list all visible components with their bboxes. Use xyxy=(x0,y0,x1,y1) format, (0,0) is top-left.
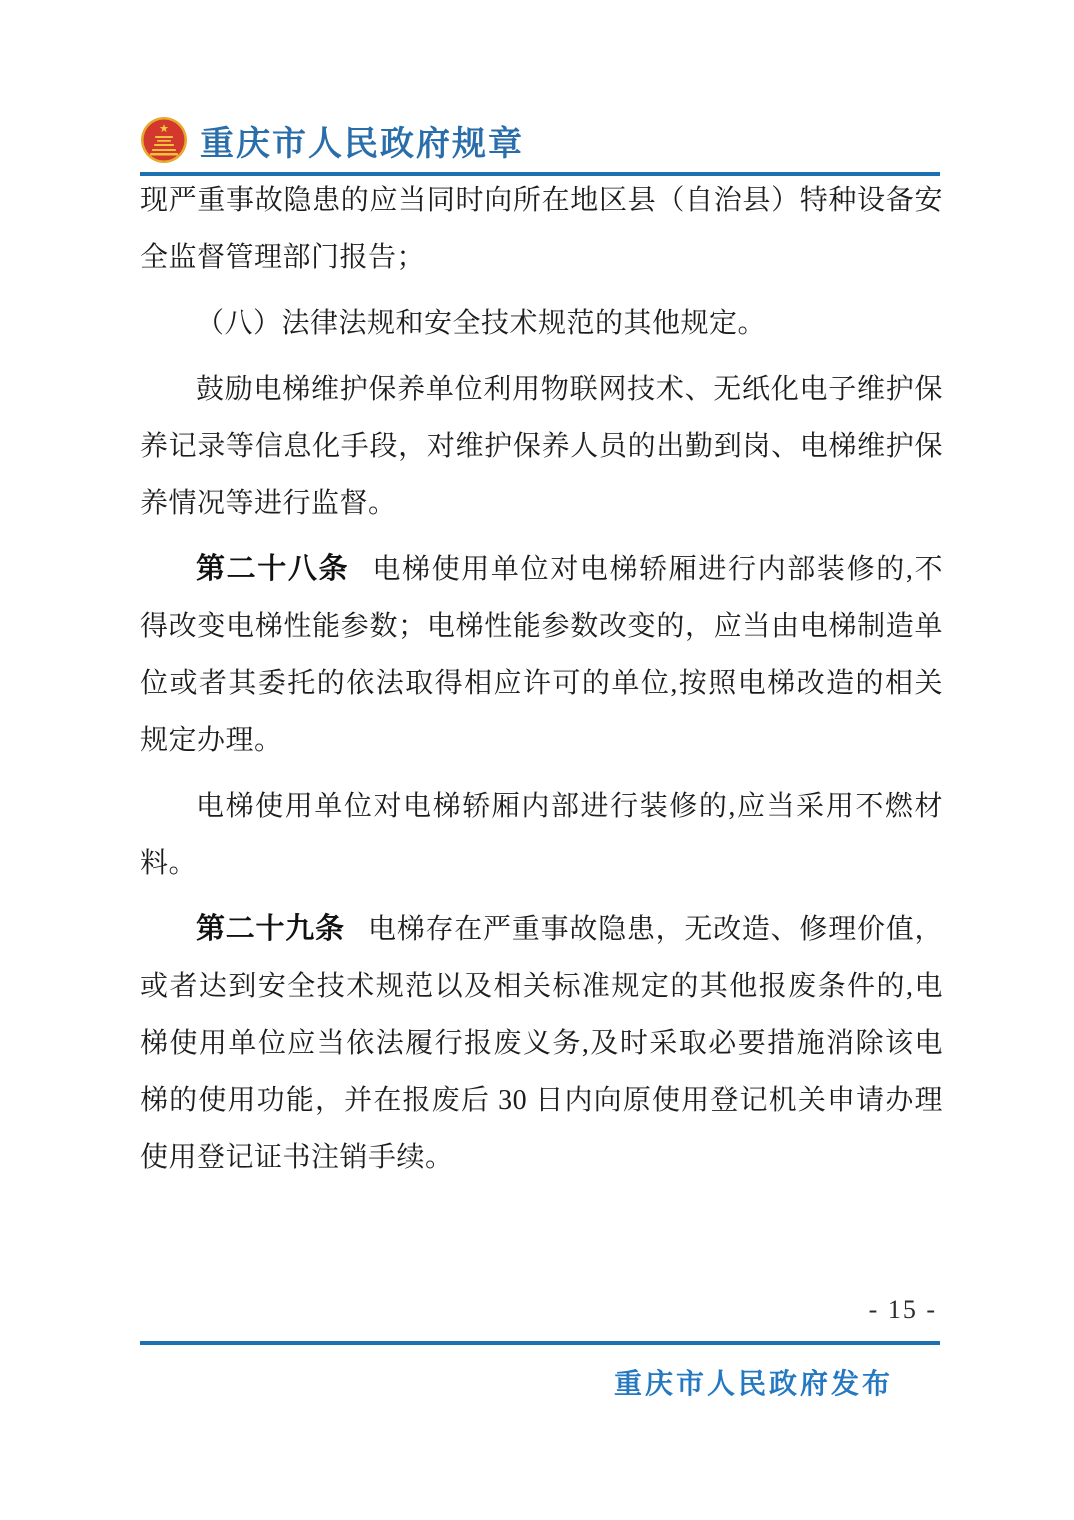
document-page: 重庆市人民政府规章 现严重事故隐患的应当同时向所在地区县（自治县）特种设备安全监… xyxy=(0,0,1074,1520)
document-body: 现严重事故隐患的应当同时向所在地区县（自治县）特种设备安全监督管理部门报告； （… xyxy=(140,172,943,1195)
paragraph-text: 电梯使用单位对电梯轿厢内部进行装修的,应当采用不燃材料。 xyxy=(140,791,943,879)
publisher-line: 重庆市人民政府发布 xyxy=(614,1362,893,1402)
document-header: 重庆市人民政府规章 xyxy=(140,113,940,167)
footer-divider xyxy=(140,1341,940,1345)
paragraph-text: 鼓励电梯维护保养单位利用物联网技术、无纸化电子维护保养记录等信息化手段，对维护保… xyxy=(140,374,943,519)
article-28-heading: 第二十八条 xyxy=(196,553,349,585)
paragraph-continuation: 现严重事故隐患的应当同时向所在地区县（自治县）特种设备安全监督管理部门报告； xyxy=(140,172,943,286)
paragraph-item-8: （八）法律法规和安全技术规范的其他规定。 xyxy=(140,295,943,352)
paragraph-text: 电梯存在严重事故隐患，无改造、修理价值，或者达到安全技术规范以及相关标准规定的其… xyxy=(140,914,943,1173)
paragraph-article-28: 第二十八条电梯使用单位对电梯轿厢进行内部装修的,不得改变电梯性能参数；电梯性能参… xyxy=(140,541,943,769)
paragraph-decoration-material: 电梯使用单位对电梯轿厢内部进行装修的,应当采用不燃材料。 xyxy=(140,778,943,892)
paragraph-text: （八）法律法规和安全技术规范的其他规定。 xyxy=(196,308,766,339)
page-title: 重庆市人民政府规章 xyxy=(200,116,524,165)
page-number: - 15 - xyxy=(869,1295,937,1325)
paragraph-article-29: 第二十九条电梯存在严重事故隐患，无改造、修理价值，或者达到安全技术规范以及相关标… xyxy=(140,901,943,1186)
paragraph-text: 现严重事故隐患的应当同时向所在地区县（自治县）特种设备安全监督管理部门报告； xyxy=(140,185,943,273)
national-emblem-icon xyxy=(140,116,188,164)
article-29-heading: 第二十九条 xyxy=(196,913,345,945)
paragraph-encouragement: 鼓励电梯维护保养单位利用物联网技术、无纸化电子维护保养记录等信息化手段，对维护保… xyxy=(140,361,943,532)
